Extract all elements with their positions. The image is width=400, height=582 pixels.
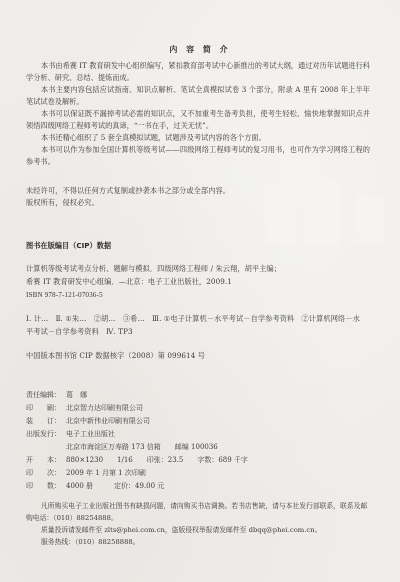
isbn: ISBN 978-7-121-07036-5 [26, 289, 103, 301]
copyright-notice: 未经许可，不得以任何方式复制或抄袭本书之部分或全部内容。 [26, 185, 230, 197]
cip-line-1: 计算机等级考试考点分析、题解与模拟．四级网络工程师 / 朱云翔，胡平主编； [26, 263, 281, 275]
summary-paragraph-2: 本书主要内容包括应试指南、知识点解析、笔试全真模拟试卷 3 个部分，附录 A 里… [26, 84, 370, 108]
classification-line-1: Ⅰ. 计… Ⅱ. ①朱… ②胡… ③希… Ⅲ. ①电子计算机－水平考试－自学参考… [26, 313, 360, 325]
info-row-binder: 装 订：北京中新伟业印刷有限公司 [26, 416, 150, 427]
info-row-edition: 印 次：2009 年 1 月第 1 次印刷 [26, 468, 146, 479]
summary-paragraph-1: 本书由希赛 IT 教育研发中心组织编写，紧扣教育部考试中心新推出的考试大纲，通过… [26, 60, 370, 84]
info-row-format: 开 本：880×1230 1/16 印张：23.5 字数：689 千字 [26, 455, 248, 466]
footer-complaint-email: 质量投诉请发邮件至 zlts@phei.com.cn，盗版侵权举报请发邮件至 d… [41, 524, 385, 536]
info-row-address: 北京市海淀区万寿路 173 信箱 邮编 100036 [26, 442, 218, 453]
copyright-page: 内 容 简 介 本书由希赛 IT 教育研发中心组织编写，紧扣教育部考试中心新推出… [0, 0, 400, 582]
info-row-editor: 责任编辑：葛 娜 [26, 390, 87, 401]
info-row-printer: 印 刷：北京智力达印刷有限公司 [26, 403, 143, 414]
cip-record: 中国版本图书馆 CIP 数据核字（2008）第 099614 号 [26, 350, 205, 362]
info-row-print-run: 印 数：4000 册 定价：49.00 元 [26, 481, 164, 492]
cip-line-2: 希赛 IT 教育研发中心组编．—北京：电子工业出版社，2009.1 [26, 276, 232, 288]
summary-paragraph-5: 本书可以作为参加全国计算机等级考试——四级网络工程师考试的复习用书，也可作为学习… [26, 144, 370, 168]
info-row-publisher: 出版发行：电子工业出版社 [26, 429, 115, 440]
rights-reserved: 版权所有，侵权必究。 [26, 197, 99, 209]
footer-returns-notice: 凡所购买电子工业出版社图书有缺损问题，请向购买书店调换。若书店售缺，请与本社发行… [26, 500, 370, 524]
summary-paragraph-3: 本书可以保证既不漏掉考试必需的知识点，又不加重考生备考负担，使考生轻松、愉快地掌… [26, 108, 370, 132]
summary-paragraph-4: 本书还精心组织了 5 套全真模拟试题，试题涉及考试内容的各个方面。 [26, 132, 370, 144]
classification-line-2: 平考试－自学参考资料 Ⅳ. TP3 [26, 326, 133, 338]
background-watermark [255, 175, 395, 255]
cip-heading: 图书在版编目（CIP）数据 [26, 241, 111, 251]
footer-hotline: 服务热线：（010）88258888。 [41, 536, 385, 548]
summary-title: 内 容 简 介 [0, 44, 400, 55]
